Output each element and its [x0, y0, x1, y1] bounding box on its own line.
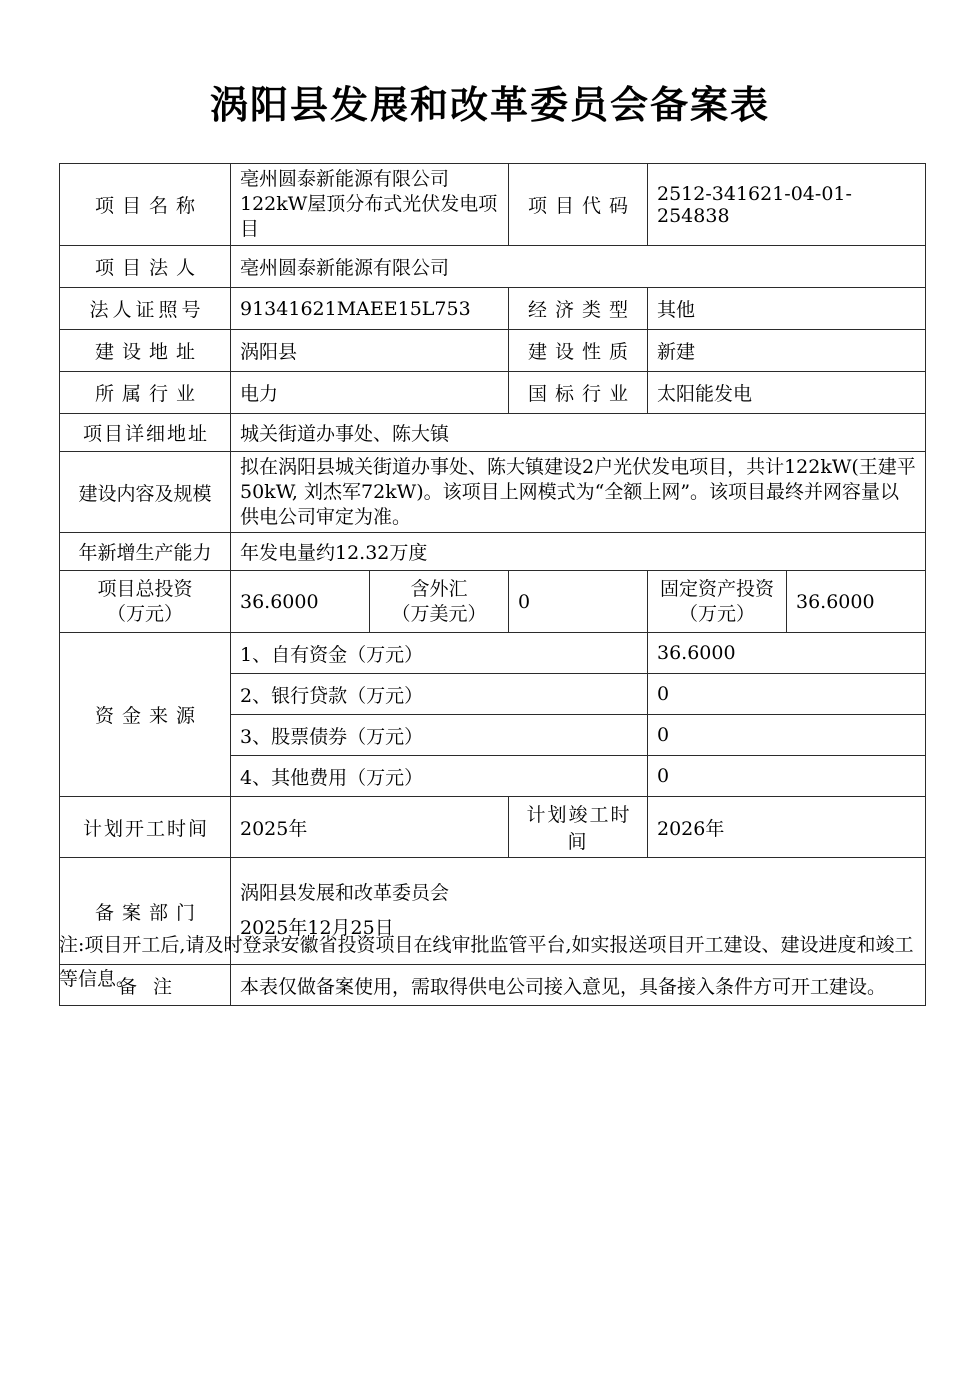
page-title: 涡阳县发展和改革委员会备案表 — [0, 74, 980, 129]
funding-item-2-name: 2、银行贷款（万元） — [231, 674, 648, 715]
construction-content-label: 建设内容及规模 — [60, 452, 231, 533]
project-name-label: 项目名称 — [60, 164, 231, 246]
row-license: 法人证照号 91341621MAEE15L753 经济类型 其他 — [60, 288, 926, 330]
row-project-name: 项目名称 亳州圆泰新能源有限公司 122kW屋顶分布式光伏发电项目 项目代码 2… — [60, 164, 926, 246]
row-schedule: 计划开工时间 2025年 计划竣工时间 2026年 — [60, 797, 926, 858]
filing-form-table: 项目名称 亳州圆泰新能源有限公司 122kW屋顶分布式光伏发电项目 项目代码 2… — [59, 163, 926, 1006]
row-construction-address: 建设地址 涡阳县 建设性质 新建 — [60, 330, 926, 372]
national-industry-value: 太阳能发电 — [648, 372, 926, 414]
foreign-currency-value: 0 — [509, 571, 648, 633]
total-investment-label: 项目总投资 （万元） — [60, 571, 231, 633]
detail-address-value: 城关街道办事处、陈大镇 — [231, 414, 926, 452]
national-industry-label: 国标行业 — [509, 372, 648, 414]
construction-nature-value: 新建 — [648, 330, 926, 372]
funding-item-2-value: 0 — [648, 674, 926, 715]
planned-completion-label: 计划竣工时间 — [509, 797, 648, 858]
construction-content-value: 拟在涡阳县城关街道办事处、陈大镇建设2户光伏发电项目，共计122kW(王建平50… — [231, 452, 926, 533]
row-legal-person: 项目法人 亳州圆泰新能源有限公司 — [60, 246, 926, 288]
economy-type-value: 其他 — [648, 288, 926, 330]
planned-completion-value: 2026年 — [648, 797, 926, 858]
row-detail-address: 项目详细地址 城关街道办事处、陈大镇 — [60, 414, 926, 452]
annual-capacity-label: 年新增生产能力 — [60, 533, 231, 571]
row-annual-capacity: 年新增生产能力 年发电量约12.32万度 — [60, 533, 926, 571]
economy-type-label: 经济类型 — [509, 288, 648, 330]
document-page: 涡阳县发展和改革委员会备案表 项目名称 亳州圆泰新能源有限公司 122kW屋顶分… — [0, 0, 980, 1387]
funding-item-3-name: 3、股票债券（万元） — [231, 715, 648, 756]
legal-person-value: 亳州圆泰新能源有限公司 — [231, 246, 926, 288]
construction-address-value: 涡阳县 — [231, 330, 509, 372]
planned-start-label: 计划开工时间 — [60, 797, 231, 858]
license-no-value: 91341621MAEE15L753 — [231, 288, 509, 330]
funding-item-3-value: 0 — [648, 715, 926, 756]
construction-nature-label: 建设性质 — [509, 330, 648, 372]
row-funding-1: 资金来源 1、自有资金（万元） 36.6000 — [60, 633, 926, 674]
funding-item-1-name: 1、自有资金（万元） — [231, 633, 648, 674]
annual-capacity-value: 年发电量约12.32万度 — [231, 533, 926, 571]
foreign-currency-label: 含外汇 （万美元） — [370, 571, 509, 633]
industry-value: 电力 — [231, 372, 509, 414]
funding-item-1-value: 36.6000 — [648, 633, 926, 674]
construction-address-label: 建设地址 — [60, 330, 231, 372]
filing-department-name: 涡阳县发展和改革委员会 — [240, 876, 916, 911]
license-no-label: 法人证照号 — [60, 288, 231, 330]
industry-label: 所属行业 — [60, 372, 231, 414]
funding-item-4-value: 0 — [648, 756, 926, 797]
footer-note: 注:项目开工后,请及时登录安徽省投资项目在线审批监管平台,如实报送项目开工建设、… — [59, 928, 923, 996]
project-name-value: 亳州圆泰新能源有限公司 122kW屋顶分布式光伏发电项目 — [231, 164, 509, 246]
planned-start-value: 2025年 — [231, 797, 509, 858]
total-investment-value: 36.6000 — [231, 571, 370, 633]
project-code-value: 2512-341621-04-01-254838 — [648, 164, 926, 246]
project-code-label: 项目代码 — [509, 164, 648, 246]
funding-item-4-name: 4、其他费用（万元） — [231, 756, 648, 797]
detail-address-label: 项目详细地址 — [60, 414, 231, 452]
row-investment: 项目总投资 （万元） 36.6000 含外汇 （万美元） 0 固定资产投资 （万… — [60, 571, 926, 633]
row-industry: 所属行业 电力 国标行业 太阳能发电 — [60, 372, 926, 414]
fixed-assets-label: 固定资产投资 （万元） — [648, 571, 787, 633]
funding-source-label: 资金来源 — [60, 633, 231, 797]
row-construction-content: 建设内容及规模 拟在涡阳县城关街道办事处、陈大镇建设2户光伏发电项目，共计122… — [60, 452, 926, 533]
fixed-assets-value: 36.6000 — [787, 571, 926, 633]
legal-person-label: 项目法人 — [60, 246, 231, 288]
